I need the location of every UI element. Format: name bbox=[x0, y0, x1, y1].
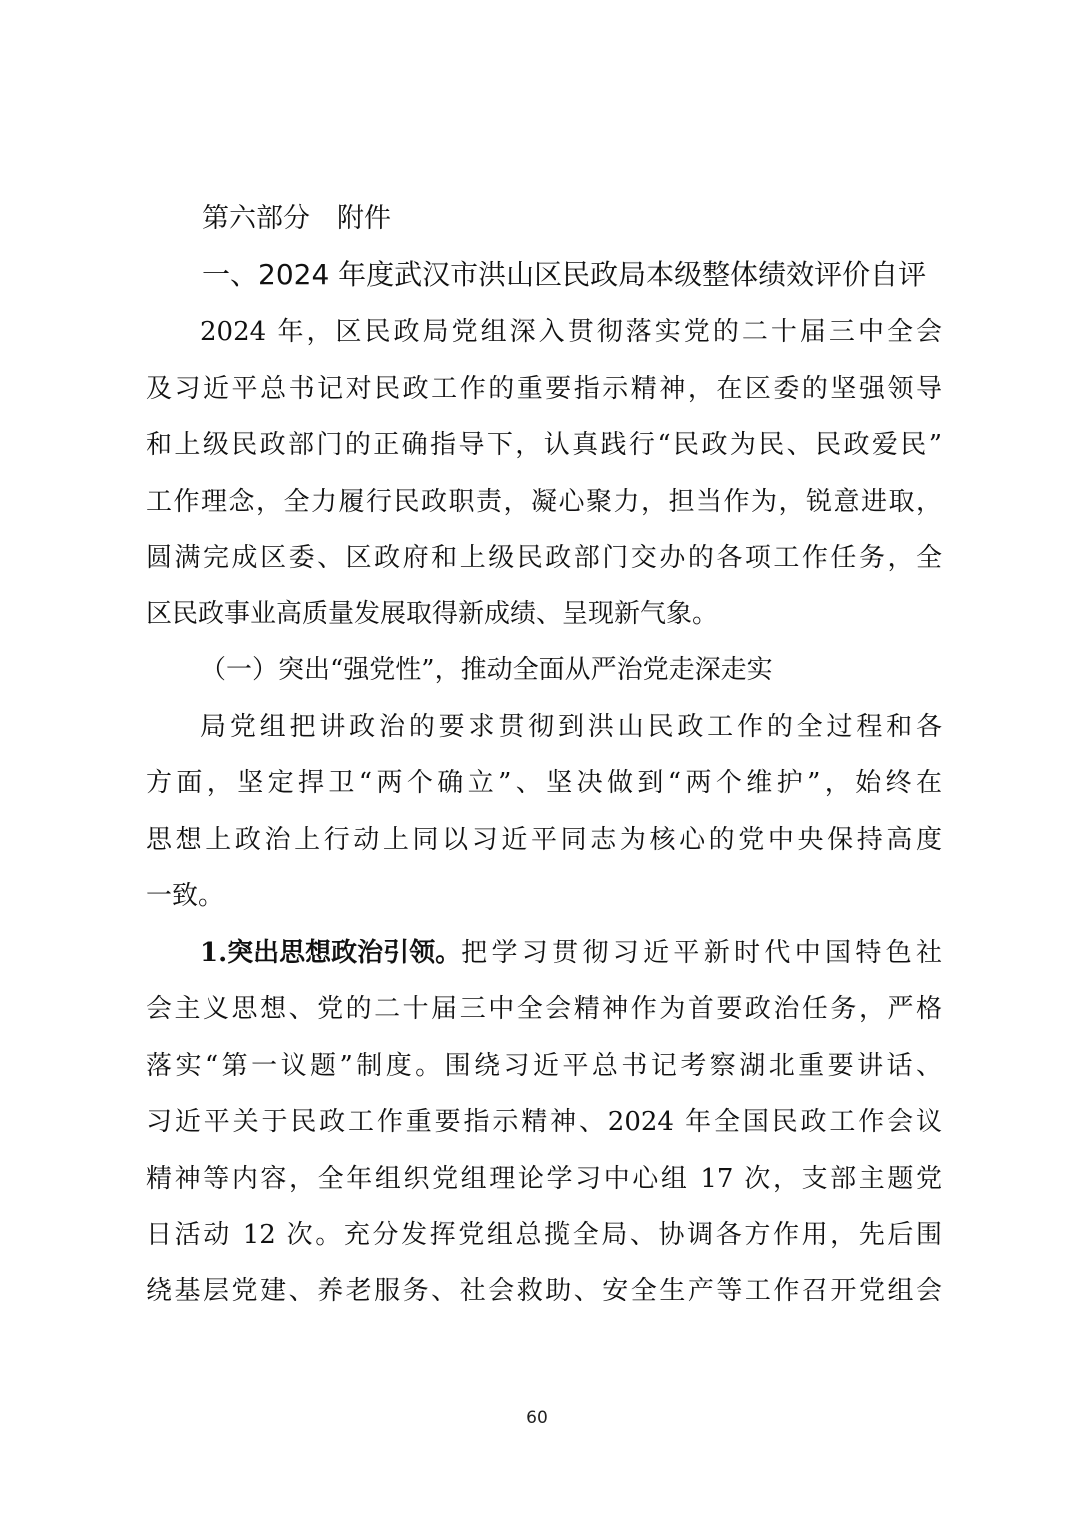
paragraph-line: 1.突出思想政治引领。 把学习贯彻习近平新时代中国特色社 bbox=[200, 936, 942, 970]
part-title: 第六部分 附件 bbox=[202, 202, 391, 236]
paragraph-line: 区民政事业高质量发展取得新成绩、呈现新气象。 bbox=[146, 597, 942, 631]
paragraph-line: 落实“第一议题”制度。围绕习近平总书记考察湖北重要讲话、 bbox=[146, 1049, 942, 1083]
section-title: 一、2024 年度武汉市洪山区民政局本级整体绩效评价自评 bbox=[202, 258, 926, 292]
page-number: 60 bbox=[0, 1408, 1074, 1428]
paragraph-line: 绕基层党建、养老服务、社会救助、安全生产等工作召开党组会 bbox=[146, 1274, 942, 1308]
item-lead: 1.突出思想政治引领。 bbox=[200, 936, 461, 970]
paragraph-line: 方面，坚定捍卫“两个确立”、坚决做到“两个维护”，始终在 bbox=[146, 766, 942, 800]
item-text: 把学习贯彻习近平新时代中国特色社 bbox=[461, 936, 942, 970]
paragraph-line: 日活动 12 次。充分发挥党组总揽全局、协调各方作用，先后围 bbox=[146, 1218, 942, 1252]
paragraph-line: 和上级民政部门的正确指导下，认真践行“民政为民、民政爱民” bbox=[146, 428, 942, 462]
paragraph-line: 及习近平总书记对民政工作的重要指示精神，在区委的坚强领导 bbox=[146, 372, 942, 406]
paragraph-line: 会主义思想、党的二十届三中全会精神作为首要政治任务，严格 bbox=[146, 992, 942, 1026]
paragraph-line: 一致。 bbox=[146, 879, 942, 913]
paragraph-line: 精神等内容，全年组织党组理论学习中心组 17 次，支部主题党 bbox=[146, 1162, 942, 1196]
paragraph-line: 习近平关于民政工作重要指示精神、2024 年全国民政工作会议 bbox=[146, 1105, 942, 1139]
paragraph-line: 局党组把讲政治的要求贯彻到洪山民政工作的全过程和各 bbox=[200, 710, 942, 744]
document-page: 第六部分 附件 一、2024 年度武汉市洪山区民政局本级整体绩效评价自评 202… bbox=[0, 0, 1074, 1520]
paragraph-line: 思想上政治上行动上同以习近平同志为核心的党中央保持高度 bbox=[146, 823, 942, 857]
subsection-title: （一）突出“强党性”，推动全面从严治党走深走实 bbox=[200, 653, 773, 687]
paragraph-line: 圆满完成区委、区政府和上级民政部门交办的各项工作任务，全 bbox=[146, 541, 942, 575]
paragraph-line: 工作理念，全力履行民政职责，凝心聚力，担当作为，锐意进取， bbox=[146, 485, 942, 519]
paragraph-line: 2024 年，区民政局党组深入贯彻落实党的二十届三中全会 bbox=[200, 315, 942, 349]
